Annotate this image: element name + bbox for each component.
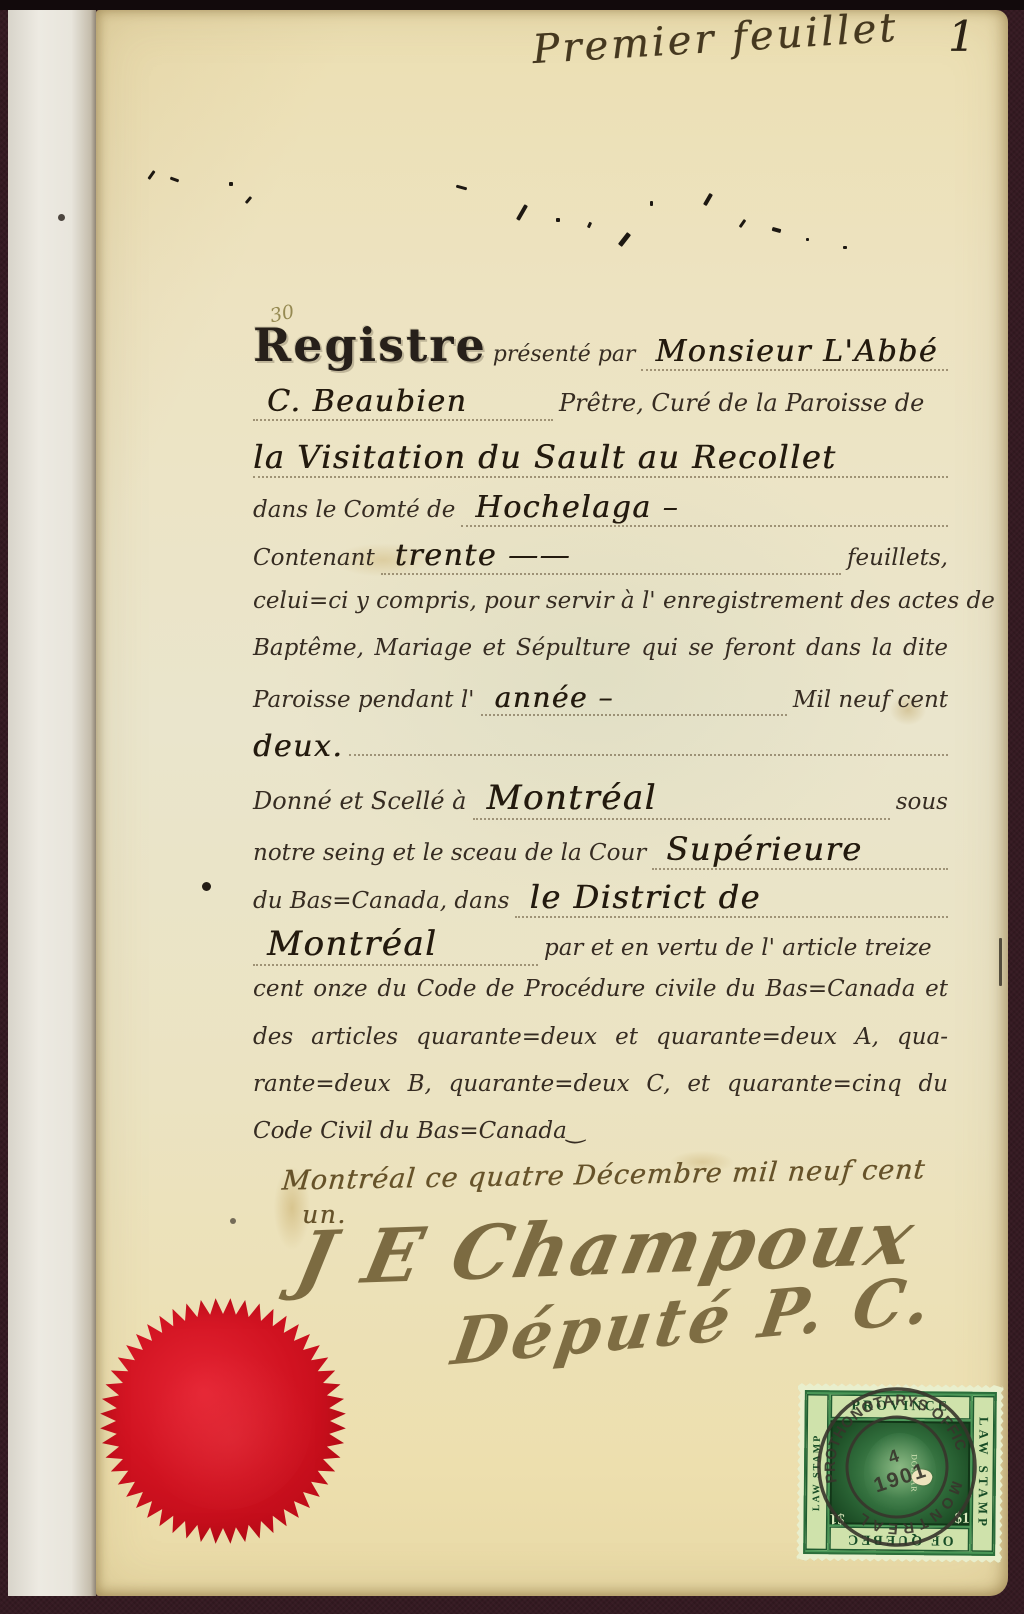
printed-text: notre seing et le sceau de la Cour	[253, 840, 646, 866]
printed-text: celui=ci y compris, pour servir à l' enr…	[253, 588, 948, 614]
ruled-line	[349, 738, 948, 756]
ink-speck	[147, 170, 155, 180]
ink-speck	[703, 193, 713, 206]
form-line: Contenant trente —— feuillets,	[253, 538, 948, 575]
printed-text: Prêtre, Curé de la Paroisse de	[559, 389, 924, 417]
stamp-top-label: PROVINCE	[831, 1394, 971, 1419]
ink-speck	[456, 185, 467, 191]
printed-text: Mil neuf cent	[793, 687, 948, 713]
handwritten-entry: deux.	[253, 729, 343, 764]
form-line: dans le Comté de Hochelaga –	[253, 490, 948, 527]
stamp-vignette: DOLLAR	[829, 1420, 970, 1525]
form-line: notre seing et le sceau de la Cour Supér…	[253, 830, 948, 870]
ink-blot	[202, 882, 211, 891]
ink-speck	[229, 182, 233, 186]
form-line: C. Beaubien Prêtre, Curé de la Paroisse …	[253, 384, 948, 421]
ink-blot	[58, 214, 65, 221]
printed-text: sous	[896, 789, 948, 815]
handwritten-entry: Supérieure	[652, 830, 948, 870]
page-number: 1	[948, 12, 976, 61]
revenue-stamp: PROVINCE OF QUEBEC LAW STAMP LAW STAMP D…	[796, 1383, 1004, 1563]
form-line: Donné et Scellé à Montréal sous	[253, 778, 948, 820]
handwritten-entry: le District de	[515, 878, 948, 918]
printed-text: rante=deux B, quarante=deux C, et quaran…	[253, 1071, 948, 1097]
ink-speck	[170, 177, 179, 183]
stamp-value-right: $1	[954, 1511, 969, 1528]
printed-text: Donné et Scellé à	[253, 787, 467, 815]
printed-text: du Bas=Canada, dans	[253, 888, 509, 914]
ink-blot	[230, 1218, 236, 1224]
ink-speck	[245, 196, 252, 204]
ink-speck	[516, 204, 528, 221]
handwritten-entry: C. Beaubien	[253, 384, 553, 421]
handwritten-entry: Montréal	[253, 924, 538, 966]
printed-text: par et en vertu de l' article treize	[544, 935, 932, 961]
printed-text: présenté par	[493, 342, 636, 367]
handwritten-entry: année –	[481, 681, 787, 716]
ink-speck	[556, 218, 560, 222]
form-line: deux.	[253, 729, 948, 764]
handwritten-entry: Monsieur L'Abbé	[641, 334, 948, 371]
handwritten-entry: la Visitation du Sault au Recollet	[253, 438, 948, 478]
ink-speck	[618, 232, 631, 247]
form-line: rante=deux B, quarante=deux C, et quaran…	[253, 1071, 948, 1097]
ink-speck	[739, 219, 747, 228]
printed-text: cent onze du Code de Procédure civile du…	[253, 976, 948, 1002]
form-line: Paroisse pendant l' année – Mil neuf cen…	[253, 681, 948, 716]
ink-speck	[999, 938, 1002, 986]
binding-edge	[8, 10, 96, 1596]
stamp-bottom-label: OF QUEBEC	[829, 1526, 969, 1551]
handwritten-entry: Hochelaga –	[461, 490, 948, 527]
form-line: Code Civil du Bas=Canada‿	[253, 1118, 948, 1144]
handwritten-entry: Montréal	[473, 778, 890, 820]
stamp-side-label-left: LAW STAMP	[805, 1394, 829, 1550]
printed-text: Paroisse pendant l'	[253, 687, 475, 713]
form-line: du Bas=Canada, dans le District de	[253, 878, 948, 918]
form-heading-word: Registre	[253, 318, 487, 372]
form-line: celui=ci y compris, pour servir à l' enr…	[253, 588, 948, 614]
wax-seal	[100, 1298, 346, 1544]
printed-text: Contenant	[253, 545, 375, 571]
stamp-value-left: $1	[829, 1509, 844, 1526]
ink-speck	[843, 246, 847, 249]
wax-seal-embossing	[134, 1332, 312, 1510]
stamp-side-label: LAW STAMP	[971, 1396, 995, 1552]
form-line: Registre présenté par Monsieur L'Abbé	[253, 318, 948, 372]
form-line: Baptême, Mariage et Sépulture qui se fer…	[253, 635, 948, 661]
form-line: des articles quarante=deux et quarante=d…	[253, 1024, 948, 1050]
form-line: cent onze du Code de Procédure civile du…	[253, 976, 948, 1002]
printed-text: Baptême, Mariage et Sépulture qui se fer…	[253, 635, 948, 661]
printed-text: des articles quarante=deux et quarante=d…	[253, 1024, 948, 1050]
handwritten-entry: trente ——	[381, 538, 841, 575]
ink-speck	[806, 238, 809, 241]
revenue-stamp-frame: PROVINCE OF QUEBEC LAW STAMP LAW STAMP D…	[803, 1390, 997, 1556]
ink-speck	[587, 222, 592, 229]
ink-speck	[650, 201, 653, 206]
ink-speck	[772, 227, 782, 233]
printed-text: dans le Comté de	[253, 497, 455, 523]
printed-text: Code Civil du Bas=Canada‿	[253, 1118, 585, 1144]
printed-text: feuillets,	[847, 545, 948, 571]
form-line: la Visitation du Sault au Recollet	[253, 438, 948, 478]
form-line: Montréal par et en vertu de l' article t…	[253, 924, 948, 966]
